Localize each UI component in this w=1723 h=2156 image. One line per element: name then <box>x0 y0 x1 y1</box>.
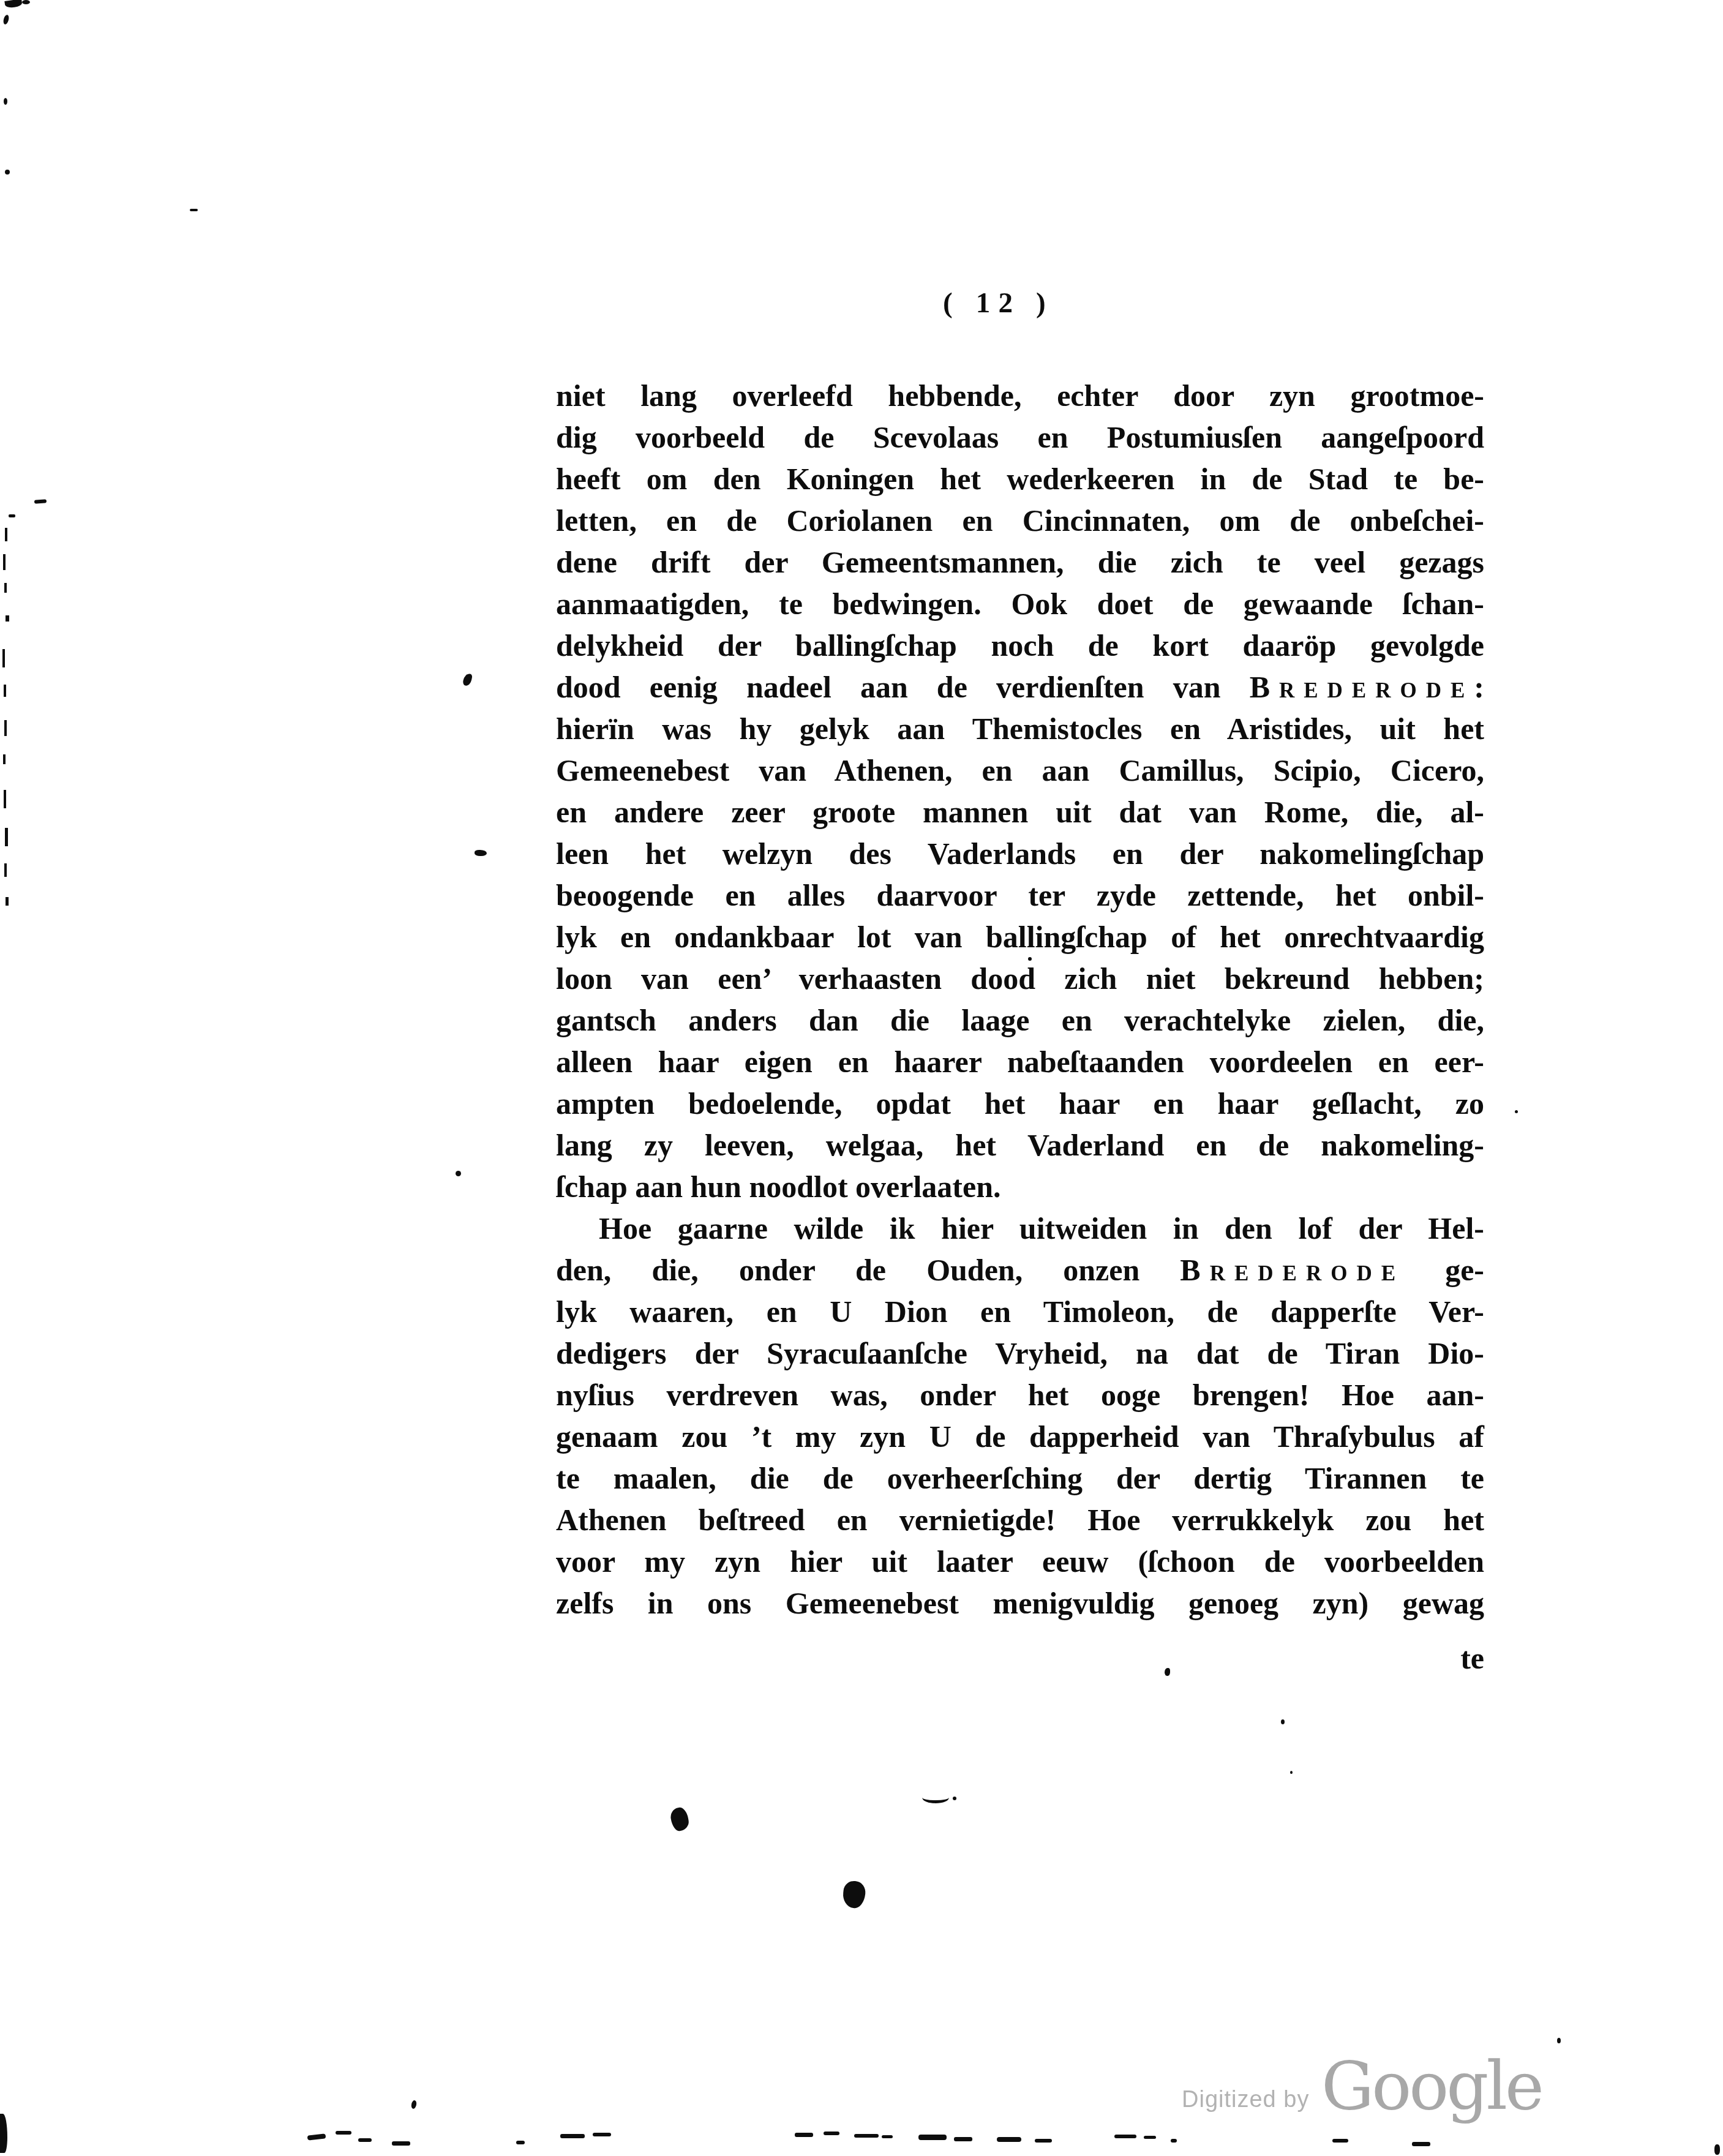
body-text: dood eenig nadeel aan de verdienſten van <box>556 670 1250 704</box>
scan-speck <box>4 790 6 808</box>
text-line: zelfs in ons Gemeenebest menigvuldig gen… <box>556 1582 1484 1624</box>
text-line: den, die, onder de Ouden, onzen Brederod… <box>556 1249 1484 1291</box>
text-line: gantsch anders dan die laage en verachte… <box>556 999 1484 1041</box>
scan-speck <box>1144 2136 1156 2139</box>
ink-blot <box>842 1880 866 1909</box>
text-line: lyk en ondankbaar lot van ballingſchap o… <box>556 916 1484 958</box>
scan-speck <box>1035 2139 1052 2143</box>
text-line: letten, en de Coriolanen en Cincinnaten,… <box>556 500 1484 541</box>
ink-blot <box>475 850 487 856</box>
catchword: te <box>1460 1641 1484 1675</box>
scan-speck <box>560 2134 585 2138</box>
text-line: beoogende en alles daarvoor ter zyde zet… <box>556 874 1484 916</box>
scan-speck <box>1412 2142 1430 2146</box>
body-text: den, die, onder de Ouden, onzen <box>556 1253 1180 1287</box>
scan-speck <box>4 583 7 593</box>
scan-speck <box>34 499 47 504</box>
text-line: dig voorbeeld de Scevolaas en Postumiusſ… <box>556 416 1484 458</box>
scan-speck <box>5 170 10 175</box>
scanned-book-page: ( 12 ) niet lang overleefd hebbende, ech… <box>0 0 1723 2156</box>
scan-speck <box>1281 1719 1285 1724</box>
scan-speck <box>392 2141 410 2146</box>
scan-speck <box>824 2132 839 2135</box>
text-line: lang zy leeven, welgaa, het Vaderland en… <box>556 1124 1484 1166</box>
ink-blot <box>669 1806 690 1832</box>
ink-blot <box>462 673 473 686</box>
scan-speck <box>1332 2139 1348 2143</box>
text-line: dedigers der Syracuſaanſche Vryheid, na … <box>556 1332 1484 1374</box>
scan-speck <box>4 720 7 736</box>
scan-speck <box>3 754 6 764</box>
scan-speck <box>1557 2038 1561 2043</box>
scan-speck <box>1714 2144 1720 2155</box>
text-line: Gemeenebest van Athenen, en aan Camillus… <box>556 749 1484 791</box>
scan-speck <box>411 2100 418 2109</box>
scan-speck <box>358 2138 372 2142</box>
body-text: ge- <box>1405 1253 1484 1287</box>
pen-stroke <box>922 1792 949 1803</box>
page-number: ( 12 ) <box>943 287 1054 320</box>
scan-speck <box>1028 957 1032 961</box>
scan-speck <box>795 2133 813 2137</box>
scan-speck <box>6 897 9 906</box>
scan-speck <box>22 0 30 4</box>
scan-speck <box>954 2137 972 2141</box>
scan-speck <box>2 14 10 25</box>
text-line: delykheid der ballingſchap noch de kort … <box>556 625 1484 666</box>
spaced-caps-name: Brederode <box>1250 670 1474 704</box>
scan-speck <box>1290 1771 1293 1774</box>
scan-speck <box>1165 1668 1170 1676</box>
text-line: nyſius verdreven was, onder het ooge bre… <box>556 1374 1484 1416</box>
scan-speck <box>456 1171 461 1176</box>
scan-speck <box>9 514 15 517</box>
scan-speck <box>4 0 22 9</box>
scan-speck <box>593 2133 611 2136</box>
text-line: dene drift der Gemeentsmannen, die zich … <box>556 541 1484 583</box>
scan-speck <box>1114 2135 1136 2138</box>
text-line: en andere zeer groote mannen uit dat van… <box>556 791 1484 833</box>
scan-speck <box>3 554 6 570</box>
spaced-caps-name: Brederode <box>1180 1253 1405 1287</box>
scan-speck <box>854 2134 879 2138</box>
scan-speck <box>6 615 9 622</box>
scan-speck <box>4 863 7 877</box>
scan-speck <box>4 98 7 105</box>
scan-speck <box>1171 2139 1177 2143</box>
text-line: loon van een’ verhaasten dood zich niet … <box>556 958 1484 999</box>
scan-speck <box>190 209 198 211</box>
scan-speck <box>5 528 7 541</box>
text-line: hierïn was hy gelyk aan Themistocles en … <box>556 708 1484 749</box>
text-line: leen het welzyn des Vaderlands en der na… <box>556 833 1484 874</box>
text-line: genaam zou ’t my zyn U de dapperheid van… <box>556 1416 1484 1457</box>
text-line: dood eenig nadeel aan de verdienſten van… <box>556 666 1484 708</box>
text-line: aanmaatigden, te bedwingen. Ook doet de … <box>556 583 1484 625</box>
scan-speck <box>918 2135 947 2140</box>
google-logo: Google <box>1321 2054 1542 2120</box>
text-line: ampten bedoelende, opdat het haar en haa… <box>556 1083 1484 1124</box>
text-line: Hoe gaarne wilde ik hier uitweiden in de… <box>556 1208 1484 1249</box>
paragraph-lines: niet lang overleefd hebbende, echter doo… <box>556 375 1484 1624</box>
scan-speck <box>516 2141 525 2144</box>
text-line: niet lang overleefd hebbende, echter doo… <box>556 375 1484 416</box>
text-line: Athenen beſtreed en vernietigde! Hoe ver… <box>556 1499 1484 1541</box>
text-line: ſchap aan hun noodlot overlaaten. <box>556 1166 1484 1208</box>
scan-speck <box>0 2114 7 2153</box>
text-line: heeft om den Koningen het wederkeeren in… <box>556 458 1484 500</box>
scan-speck <box>1515 1110 1518 1113</box>
scan-speck <box>2 649 5 667</box>
body-text: : <box>1474 670 1484 704</box>
scan-speck <box>4 685 6 697</box>
scan-speck <box>882 2135 893 2138</box>
catchword-row: te <box>556 1624 1484 1679</box>
scan-speck <box>336 2131 351 2135</box>
scan-speck <box>953 1797 956 1800</box>
text-line: te maalen, die de overheerſching der der… <box>556 1457 1484 1499</box>
text-line: alleen haar eigen en haarer nabeſtaanden… <box>556 1041 1484 1083</box>
scan-speck <box>5 828 8 846</box>
digitized-by-label: Digitized by <box>1182 2087 1309 2113</box>
scan-speck <box>997 2137 1021 2142</box>
text-block: niet lang overleefd hebbende, echter doo… <box>556 375 1484 1679</box>
text-line: lyk waaren, en U Dion en Timoleon, de da… <box>556 1291 1484 1332</box>
scan-speck <box>307 2133 326 2140</box>
text-line: voor my zyn hier uit laater eeuw (ſchoon… <box>556 1541 1484 1582</box>
